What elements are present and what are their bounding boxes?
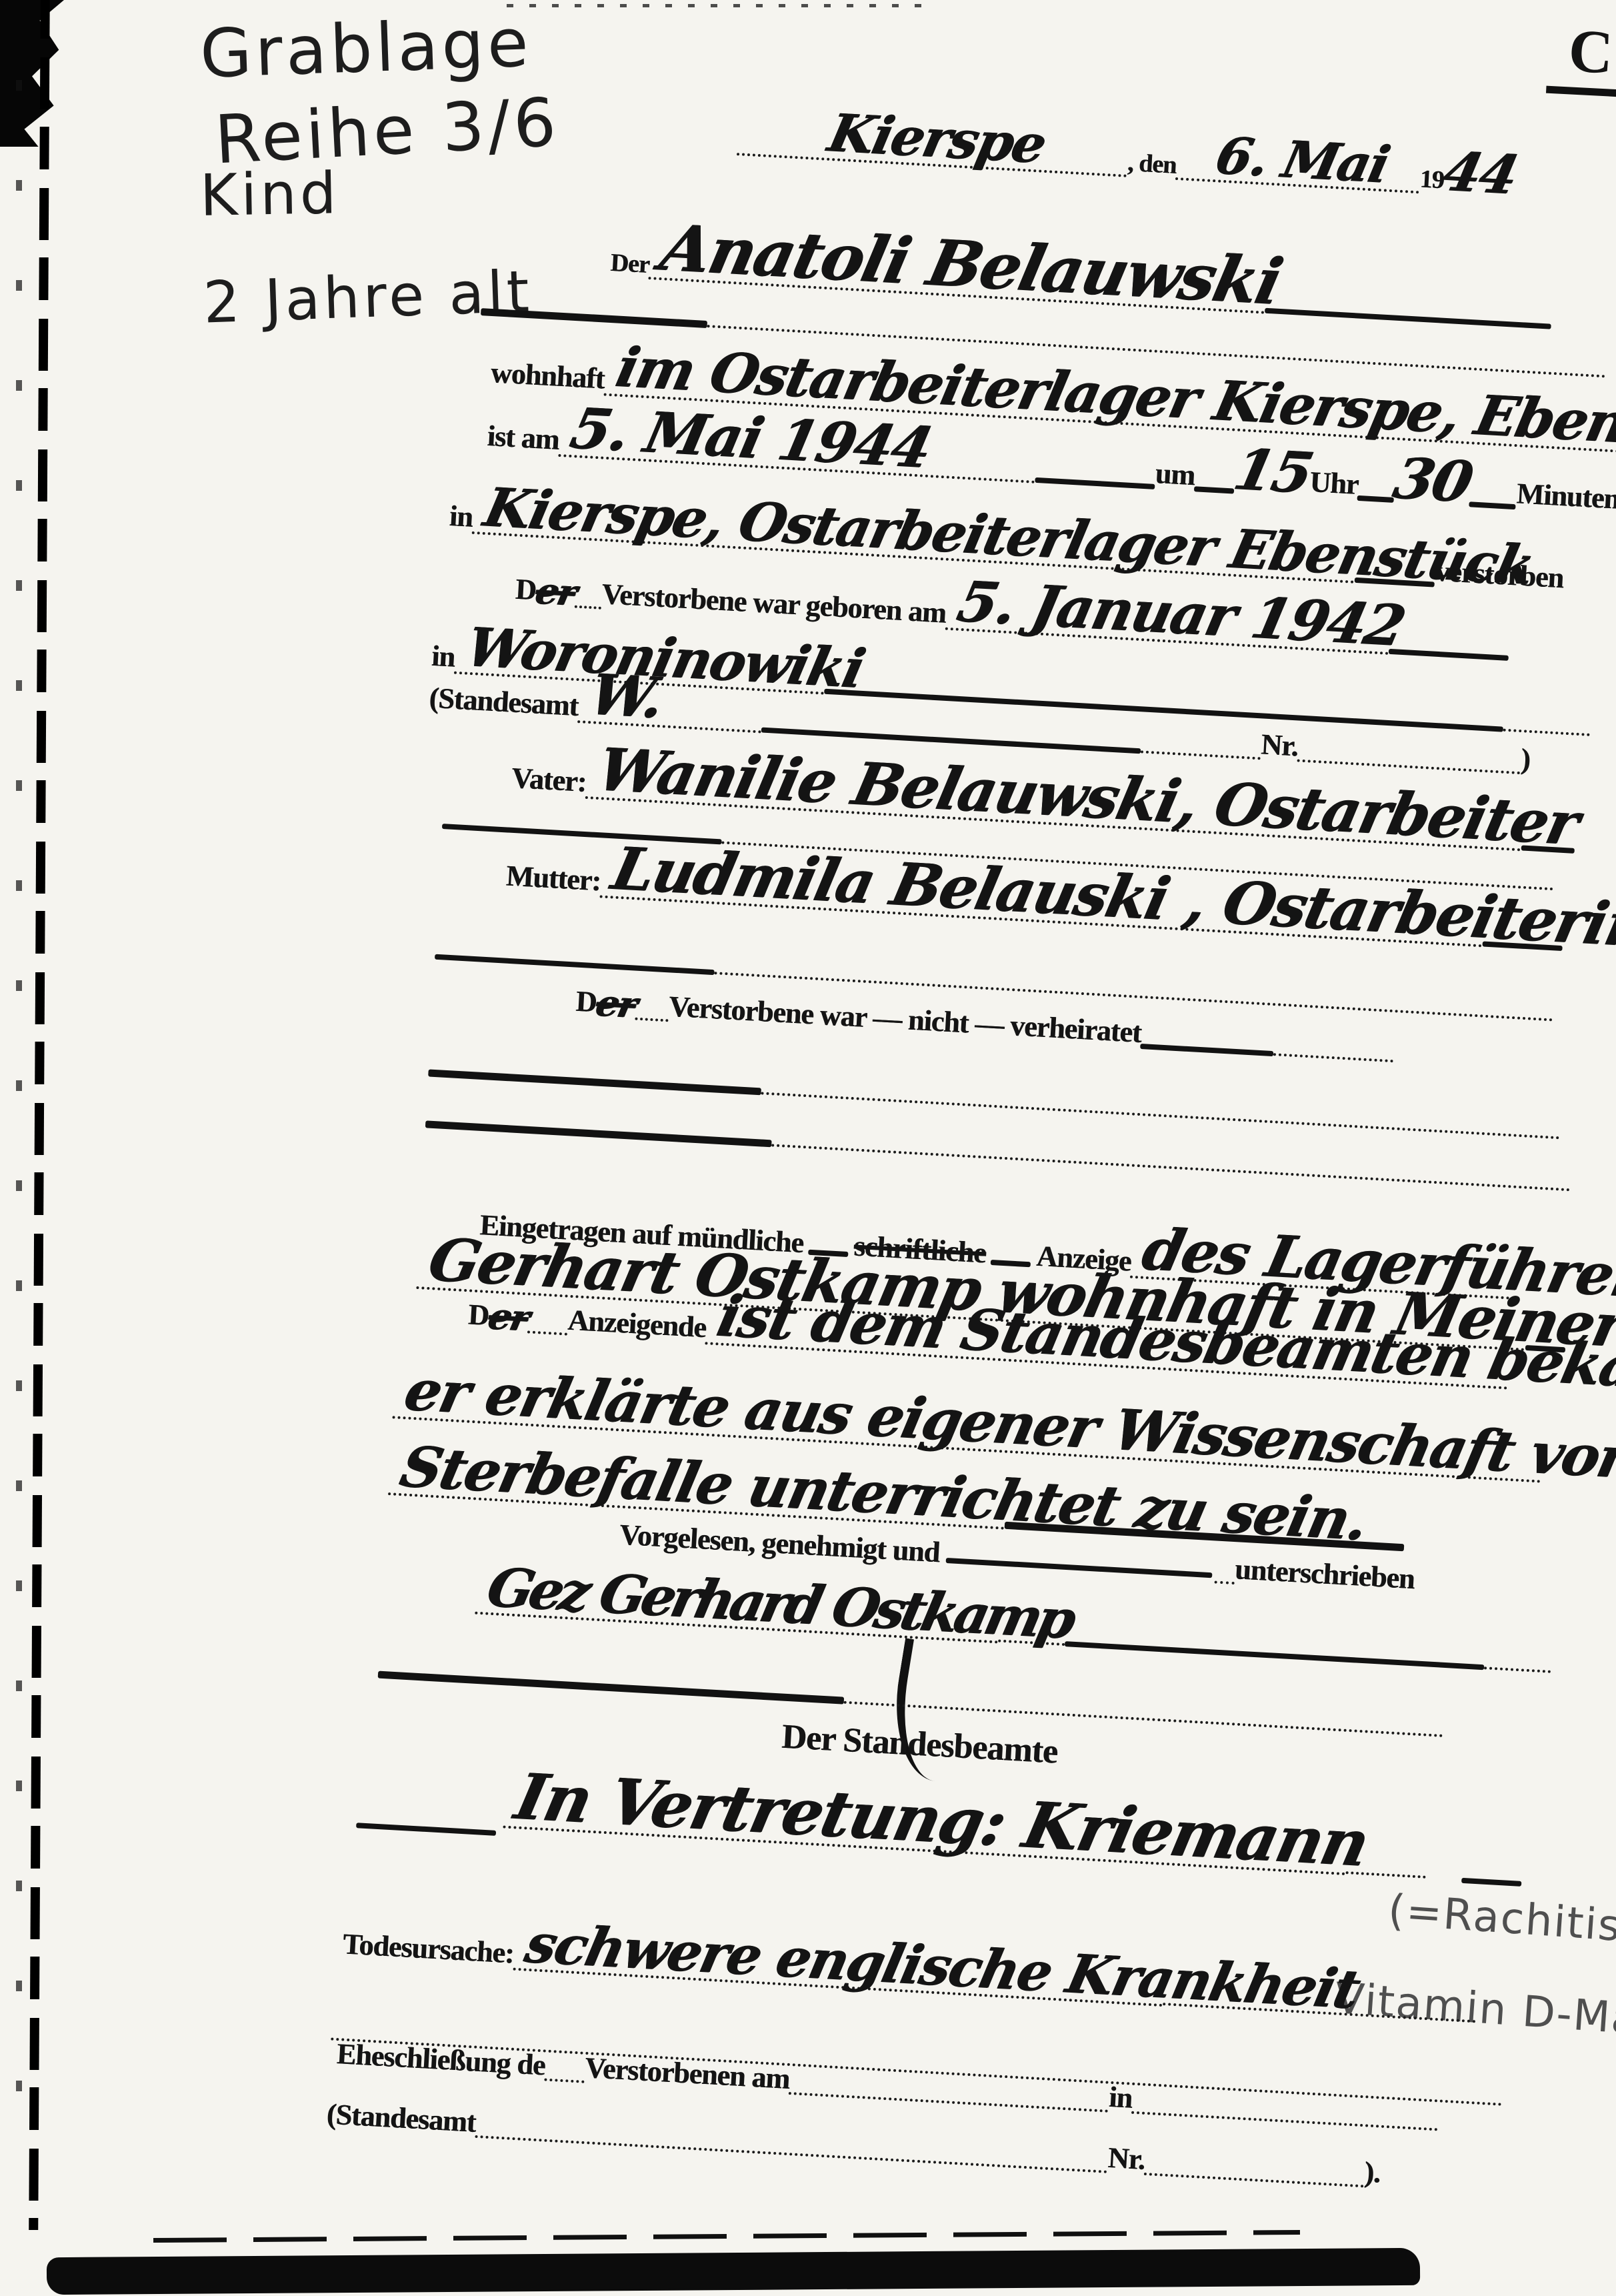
date-entry: 6. Mai (1175, 131, 1422, 194)
blank-rule-row (1461, 1873, 1522, 1887)
nr-label: Nr. (1260, 727, 1299, 763)
scan-top-edge-marks (507, 4, 933, 7)
rule-dash (1140, 1044, 1273, 1056)
rule-dotted (527, 1330, 567, 1335)
registrar-deputy-row: In Vertretung: Kriemann (503, 1762, 1429, 1880)
death-date-handwriting: 5. Mai 1944 (566, 403, 935, 473)
pencil-note-grablage: Grablage (199, 3, 533, 93)
pencil-note-kind: Kind (199, 160, 340, 229)
place-handwriting: Kierspe (824, 110, 1049, 168)
rule-dotted (1297, 759, 1520, 774)
paren-close-label: ) (1520, 742, 1531, 776)
rule-dash (425, 1120, 772, 1147)
in-label: in (449, 499, 473, 534)
vater-label: Vater: (511, 761, 587, 799)
paren-close-label: ). (1363, 2155, 1381, 2189)
der-suffix-struck: er (533, 575, 579, 609)
signature-handwriting: Gez Gerhard Ostkamp (483, 1563, 1076, 1643)
anzeigende-label: Anzeigende (567, 1303, 707, 1345)
rule-dash (1388, 649, 1508, 661)
deputy-entry: In Vertretung: Kriemann (503, 1767, 1349, 1875)
cause-row: Todesursache: schwere englische Krankhei… (342, 1894, 1479, 2024)
um-label: um (1155, 456, 1196, 492)
rule-dotted (635, 1018, 668, 1022)
corner-letter-block: C (1546, 14, 1616, 98)
rule-dash (945, 1558, 1212, 1578)
rule-dash (1461, 1878, 1521, 1887)
rule-dotted (574, 606, 601, 610)
der-suffix-struck: er (485, 1300, 531, 1334)
rule-dotted (475, 2135, 1107, 2173)
scan-left-edge-line (29, 0, 50, 2230)
blank-rule-row (356, 1818, 497, 1837)
rule-dash (428, 1069, 761, 1095)
rule-dash (1469, 501, 1516, 509)
todesursache-label: Todesursache: (342, 1927, 515, 1970)
minute-handwriting: 30 (1390, 453, 1476, 507)
standesbeamte-label: Der Standesbeamte (781, 1717, 1059, 1772)
rule-dash (1065, 1641, 1484, 1670)
verheiratet-label: Verstorbene war — nicht — verheiratet (668, 989, 1142, 1050)
rule-dash (356, 1823, 496, 1836)
registrar-title-row: Der Standesbeamte (781, 1690, 1060, 1772)
den-label: , den (1127, 148, 1177, 180)
cause-handwriting: schwere englische Krankheit (521, 1919, 1363, 2013)
nr-label: Nr. (1107, 2141, 1146, 2177)
mother-entry: Ludmila Belauski , Ostarbeiterin (600, 841, 1486, 947)
mutter-label: Mutter: (505, 859, 602, 898)
place-entry: Kierspe (737, 105, 1129, 177)
rule-dash (1357, 495, 1394, 503)
rule-dotted (1144, 2173, 1364, 2187)
ist-am-label: ist am (487, 419, 560, 457)
standesamt-handwriting: W. (585, 670, 667, 724)
rule-dotted (1273, 1053, 1393, 1062)
marital-row: D er Verstorbene war — nicht — verheirat… (575, 952, 1397, 1064)
rule-dotted (1141, 750, 1261, 760)
corner-letter: C (1547, 14, 1616, 89)
cause-entry: schwere englische Krankheit (513, 1919, 1165, 2007)
rule-dotted (761, 1092, 1559, 1139)
der-suffix-struck: er (593, 987, 639, 1021)
year-handwriting: 44 (1439, 147, 1521, 199)
standesamt-label: (Standesamt (326, 2097, 477, 2139)
rule-dash (1035, 477, 1155, 489)
deputy-signature-handwriting: In Vertretung: Kriemann (511, 1768, 1373, 1872)
signature-entry: Gez Gerhard Ostkamp (475, 1562, 1001, 1644)
rule-dotted (1214, 1580, 1234, 1584)
hour-handwriting: 15 (1230, 444, 1316, 498)
standesamt-entry: W. (577, 669, 764, 734)
rule-dash (1194, 486, 1234, 493)
death-record-form: Kierspe , den 6. Mai 19 44 Der Anatoli B… (307, 87, 1616, 2296)
date-handwriting: 6. Mai (1212, 133, 1392, 187)
scan-corner-blot (0, 0, 64, 147)
header-row: Kierspe , den 6. Mai 19 44 (737, 89, 1518, 199)
rule-dotted (1484, 1666, 1551, 1673)
uhr-label: Uhr (1309, 465, 1359, 501)
rule-dash (378, 1671, 845, 1704)
minuten-label: Minuten (1515, 476, 1616, 516)
scanned-death-record-page: { "pencil_notes": { "grablage": "Grablag… (0, 0, 1616, 2296)
rule-dotted (771, 1144, 1570, 1191)
scan-left-edge-dots (16, 80, 22, 2147)
standesamt-label: (Standesamt (428, 681, 579, 723)
death-date-entry: 5. Mai 1944 (558, 402, 1037, 483)
unterschrieben-label: unterschrieben (1234, 1552, 1415, 1596)
